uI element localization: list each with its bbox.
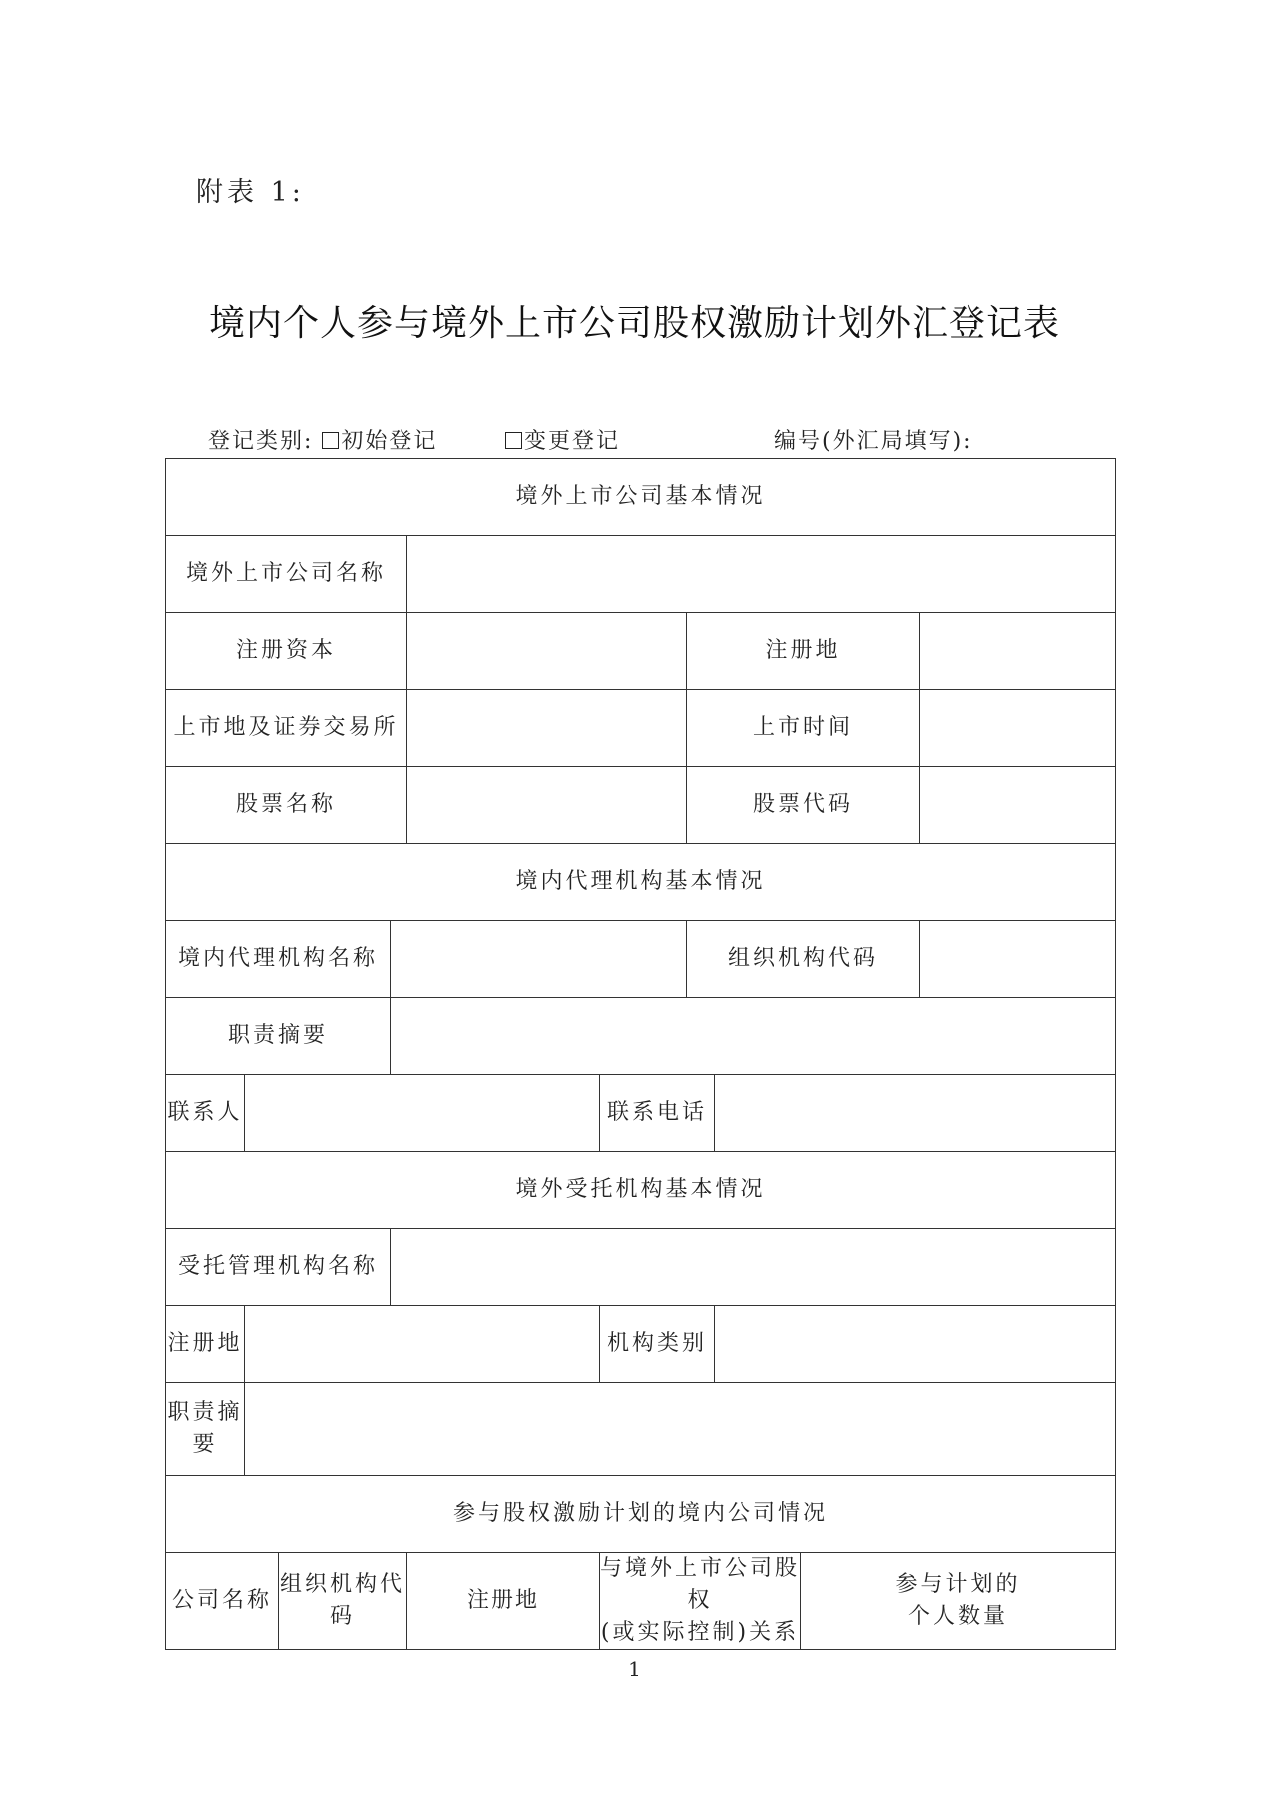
- field-trustee-type[interactable]: [715, 1306, 1116, 1383]
- page-number: 1: [0, 1657, 1269, 1681]
- field-exchange[interactable]: [407, 690, 687, 767]
- field-trustee-duties[interactable]: [245, 1383, 1116, 1476]
- label-stock-name: 股票名称: [166, 767, 407, 844]
- page-title: 境内个人参与境外上市公司股权激励计划外汇登记表: [0, 295, 1269, 346]
- section-heading-overseas-trustee: 境外受托机构基本情况: [166, 1152, 1116, 1229]
- column-header-participant-count: 参与计划的个人数量: [801, 1553, 1116, 1650]
- column-header-reg-place: 注册地: [407, 1553, 600, 1650]
- field-reg-capital[interactable]: [407, 613, 687, 690]
- label-trustee-reg-place: 注册地: [166, 1306, 245, 1383]
- field-company-name[interactable]: [407, 536, 1116, 613]
- column-header-org-code: 组织机构代码: [279, 1553, 407, 1650]
- registration-category: 登记类别: 初始登记: [208, 424, 437, 455]
- field-agent-duties[interactable]: [391, 998, 1116, 1075]
- annex-label: 附表 1:: [196, 170, 305, 209]
- field-trustee-reg-place[interactable]: [245, 1306, 600, 1383]
- field-stock-code[interactable]: [920, 767, 1116, 844]
- field-agent-org-code[interactable]: [920, 921, 1116, 998]
- option-initial[interactable]: 初始登记: [322, 429, 437, 454]
- column-header-company-name: 公司名称: [166, 1553, 279, 1650]
- label-listing-time: 上市时间: [687, 690, 920, 767]
- label-reg-place: 注册地: [687, 613, 920, 690]
- column-header-relationship: 与境外上市公司股权(或实际控制)关系: [600, 1553, 801, 1650]
- field-trustee-name[interactable]: [391, 1229, 1116, 1306]
- checkbox-initial[interactable]: [322, 432, 339, 449]
- label-trustee-name: 受托管理机构名称: [166, 1229, 391, 1306]
- category-label: 登记类别:: [208, 429, 313, 454]
- field-listing-time[interactable]: [920, 690, 1116, 767]
- label-agent-org-code: 组织机构代码: [687, 921, 920, 998]
- label-phone: 联系电话: [600, 1075, 715, 1152]
- registration-form-table: 境外上市公司基本情况 境外上市公司名称 注册资本 注册地 上市地及证券交易所 上…: [165, 458, 1116, 1650]
- registration-number-label: 编号(外汇局填写):: [774, 424, 973, 455]
- label-agent-name: 境内代理机构名称: [166, 921, 391, 998]
- field-reg-place[interactable]: [920, 613, 1116, 690]
- field-phone[interactable]: [715, 1075, 1116, 1152]
- section-heading-domestic-agent: 境内代理机构基本情况: [166, 844, 1116, 921]
- label-contact: 联系人: [166, 1075, 245, 1152]
- label-trustee-type: 机构类别: [600, 1306, 715, 1383]
- section-heading-domestic-companies: 参与股权激励计划的境内公司情况: [166, 1476, 1116, 1553]
- option-change[interactable]: 变更登记: [505, 424, 620, 455]
- label-reg-capital: 注册资本: [166, 613, 407, 690]
- label-company-name: 境外上市公司名称: [166, 536, 407, 613]
- label-trustee-duties: 职责摘要: [166, 1383, 245, 1476]
- field-stock-name[interactable]: [407, 767, 687, 844]
- checkbox-change[interactable]: [505, 432, 522, 449]
- label-agent-duties: 职责摘要: [166, 998, 391, 1075]
- label-stock-code: 股票代码: [687, 767, 920, 844]
- field-agent-name[interactable]: [391, 921, 687, 998]
- field-contact[interactable]: [245, 1075, 600, 1152]
- section-heading-overseas-company: 境外上市公司基本情况: [166, 459, 1116, 536]
- label-exchange: 上市地及证券交易所: [166, 690, 407, 767]
